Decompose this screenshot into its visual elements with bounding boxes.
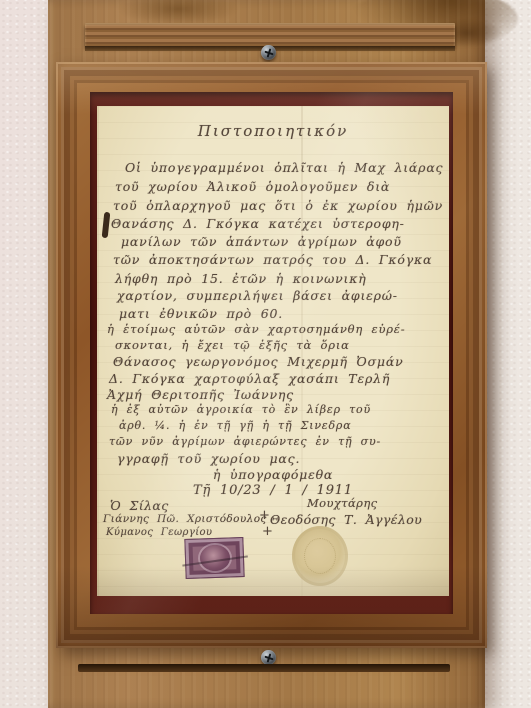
signature-left: Γιάννης Πῶ. Χριστόδουλος [103, 513, 267, 525]
embossed-seal [292, 526, 348, 586]
handwritten-line: λήφθη πρὸ 15. ἐτῶν ἡ κοινωνικὴ [115, 271, 367, 286]
handwritten-line: τῶν νῦν ἀγρίμων ἀφιερώντες ἐν τῇ συ- [109, 435, 381, 448]
top-wood-ledge [85, 23, 455, 46]
handwritten-line: ματι ἐθνικῶν πρὸ 60. [119, 306, 283, 321]
signature-right: Θεοδόσης Τ. Ἀγγέλου [270, 512, 422, 527]
handwritten-line: χαρτίον, συμπεριλήψει βάσει ἀφιερώ- [117, 288, 398, 303]
signature-right: Μουχτάρης [307, 496, 377, 510]
handwritten-line: ἡ ἐξ αὐτῶν ἀγροικία τὸ ἓν λίβερ τοῦ [111, 403, 371, 416]
ink-blot [102, 212, 111, 238]
maroon-mat: Πιστοποιητικόν Οἱ ὑπογεγραμμένοι ὁπλῖται… [90, 92, 453, 614]
date-line: Τῇ 10/23 / 1 / 1911 [97, 483, 449, 498]
handwritten-line: τῶν ἀποκτησάντων πατρός του Δ. Γκόγκα [113, 252, 432, 267]
revenue-stamp [184, 537, 244, 579]
handwritten-line: Θανάσης Δ. Γκόγκα κατέχει ὑστεροφη- [111, 216, 405, 231]
handwritten-line: Θάνασος γεωργονόμος Μιχερμῆ Ὀσμάν [113, 354, 404, 369]
handwritten-line: σκονται, ἡ ἔχει τῷ ἑξῆς τὰ ὅρια [115, 338, 350, 352]
picture-frame: Πιστοποιητικόν Οἱ ὑπογεγραμμένοι ὁπλῖται… [56, 62, 487, 648]
handwritten-line: τοῦ ὁπλαρχηγοῦ μας ὅτι ὁ ἐκ χωρίου ἡμῶν [113, 198, 443, 213]
handwritten-line: τοῦ χωρίου Ἀλικοῦ ὁμολογοῦμεν διὰ [115, 179, 390, 194]
document-title: Πιστοποιητικόν [97, 122, 449, 140]
photo-scene: Πιστοποιητικόν Οἱ ὑπογεγραμμένοι ὁπλῖται… [0, 0, 531, 708]
handwritten-line: Οἱ ὑπογεγραμμένοι ὁπλῖται ἡ Μαχ λιάρας [125, 160, 443, 175]
cross-mark: + [262, 524, 274, 539]
signature-left: Ὁ Σίλας [110, 498, 169, 513]
handwritten-line: ἡ ἑτοίμως αὐτῶν σὰν χαρτοσημάνθη εὑρέ- [107, 322, 405, 336]
handwritten-line: ἀρθ. ¼. ἡ ἐν τῇ γῇ ἡ τῇ Σινεδρα [119, 419, 351, 432]
cross-mark: + [259, 508, 271, 523]
signature-left: Κύμανος Γεωργίου [106, 527, 212, 538]
bottom-wood-plank [85, 671, 443, 708]
document-paper: Πιστοποιητικόν Οἱ ὑπογεγραμμένοι ὁπλῖται… [97, 106, 449, 596]
handwritten-line: μανίλων τῶν ἁπάντων ἀγρίμων ἀφοῦ [121, 234, 402, 249]
handwritten-line: Δ. Γκόγκα χαρτοφύλαξ χασάπι Τερλῆ [109, 371, 390, 386]
closing-line: ἡ ὑπογραφόμεθα [97, 467, 449, 482]
screw-bottom [261, 650, 276, 665]
screw-top [261, 45, 276, 60]
handwritten-line: Ἀχμή Θεριτοπῆς Ἰωάννης [107, 387, 294, 402]
handwritten-line: γγραφῇ τοῦ χωρίου μας. [117, 451, 300, 466]
